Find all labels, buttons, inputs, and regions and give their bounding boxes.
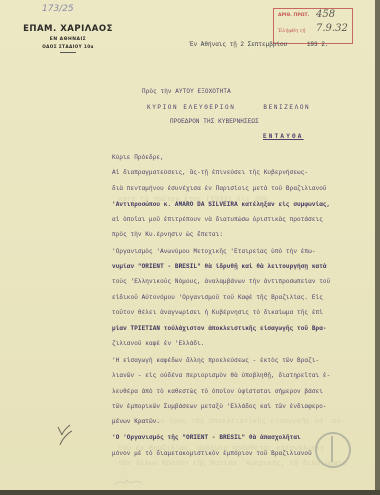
archive-number: 173/25: [42, 4, 74, 14]
body-line: 'Ο 'Οργανισμὸς τῆς "ORIENT - BRESIL" θὰ …: [112, 434, 301, 441]
scan-edge-bottom: [0, 490, 380, 495]
dateline: Ἐν Ἀθήναις τῇ 2 Σεπτεμβρίου 193 2.: [190, 41, 328, 48]
body-line: Αἱ διαπραγματεύσεις, ἃς-τῇ ἐπινεύσει τῆς…: [112, 169, 308, 176]
body-line: μίαν ΤΡΙΕΤΙΑΝ τοὐλάχιστον ἀποκλειστικῆς …: [112, 325, 327, 332]
address-line-2a: ΚΥΡΙΟΝ ΕΛΕΥΘΕΡΙΟΝ: [147, 104, 235, 111]
faint-signature-icon: [113, 475, 143, 490]
body-line: τοὺς 'Ελληνικοὺς Νόμους, ἀναλαμβάνων τὴν…: [112, 278, 330, 285]
body-line: 'Η εἰσαγωγὴ καφέδων ἄλλης προελεύσεως - …: [112, 357, 319, 364]
body-line: αἱ ὁποῖαι μοῦ ἐπιτρέπουν νὰ διατυπώσω ὁρ…: [112, 216, 323, 223]
body-line: μένων Κρατῶν.: [112, 418, 160, 425]
address-line-3: ΠΡΟΕΔΡΟΝ ΤΗΣ ΚΥΒΕΡΝΗΣΕΩΣ: [170, 118, 259, 125]
watermark-seal-icon: [315, 432, 351, 468]
body-line: 'Αντιπροσώπου κ. AMARO DA SILVEIRA κατέλ…: [112, 201, 330, 208]
body-line: μόνον μὲ τὸ διαμετακομιστικὸν ἐμπόριον τ…: [112, 450, 312, 457]
address-line-2b: ΒΕΝΙΖΕΛΟΝ: [263, 104, 310, 111]
stamp-protocol-value: 458: [316, 9, 335, 20]
letterhead-rule: [60, 52, 76, 53]
address-line-4: ΕΝΤΑΥΘΑ: [263, 133, 304, 140]
body-line: διὰ πενταμήνου ἐσυνέχισα ἐν Παρισίοις με…: [112, 185, 327, 192]
body-line: εἰδικοῦ Αὐτονόμου 'Οργανισμοῦ τοῦ Καφὲ τ…: [112, 294, 323, 301]
body-line: λευθέρα ἀπὸ τὸ καθεστὼς τὸ ὁποῖον ὑφίστα…: [112, 388, 323, 395]
body-line: ζιλιανοῦ καφὲ ἐν 'Ελλάδι.: [112, 340, 205, 347]
letterhead-city: ΕΝ ΑΘΗΝΑΙΣ: [18, 37, 118, 42]
body-line: λιανῶν - εἰς οὐδένα περιορισμὸν θὰ ὑποβλ…: [112, 372, 330, 379]
stamp-date-value: 7.9.32: [316, 23, 348, 34]
letterhead-street: ΟΔΟΣ ΣΤΑΔΙΟΥ 10α: [18, 44, 118, 49]
stamp-date-label: Ἐλήφθη τῇ: [278, 28, 305, 34]
body-line: 'Οργανισμὸς 'Ανωνύμου Μετοχικῆς 'Εταιρεί…: [112, 248, 316, 255]
body-line: νυμίαν "ORIENT - BRESIL" θὰ ἱδρυθῇ καὶ θ…: [112, 263, 327, 270]
letterhead: ΕΠΑΜ. ΧΑΡΙΛΑΟΣ ΕΝ ΑΘΗΝΑΙΣ ΟΔΟΣ ΣΤΑΔΙΟΥ 1…: [18, 24, 118, 53]
dateline-text: Ἐν Ἀθήναις τῇ 2 Σεπτεμβρίου: [190, 41, 287, 48]
address-line-1: Πρὸς τὴν ΑΥΤΟΥ ΕΞΟΧΟΤΗΤΑ: [142, 88, 231, 95]
document-page: κατὰ τὸ πρῶτον ἔτος (1933) εἰς 30%, ΙΙ.-…: [0, 0, 375, 490]
body-line: τοῦτον θέλει ἀναγνωρίσει ἡ Κυβέρνησις τὸ…: [112, 309, 323, 316]
letterhead-name: ΕΠΑΜ. ΧΑΡΙΛΑΟΣ: [18, 24, 118, 34]
body-line: πρὸς τὴν Κυ.έρνησιν ὡς ἕπεται:: [112, 231, 223, 238]
protocol-stamp: ΑΡΙΘ. ΠΡΩΤ. 458 Ἐλήφθη τῇ 7.9.32: [273, 8, 353, 44]
body-line: τῶν ἐμπορικῶν Συμβάσεων μεταξὺ 'Ελλάδος …: [112, 403, 327, 410]
stamp-protocol-label: ΑΡΙΘ. ΠΡΩΤ.: [278, 13, 309, 18]
margin-initials-icon: [54, 421, 76, 452]
scan-edge-right: [375, 0, 380, 495]
salutation: Κύριε Πρόεδρε,: [112, 154, 164, 161]
address-line-2: ΚΥΡΙΟΝ ΕΛΕΥΘΕΡΙΟΝΒΕΝΙΖΕΛΟΝ: [147, 104, 310, 111]
bleed-through-text: τῶν ἄλλων Κρατῶν τῆς Νοτίου 'Αμερικῆς, τ…: [118, 460, 347, 468]
dateline-year: 193 2.: [307, 41, 329, 48]
